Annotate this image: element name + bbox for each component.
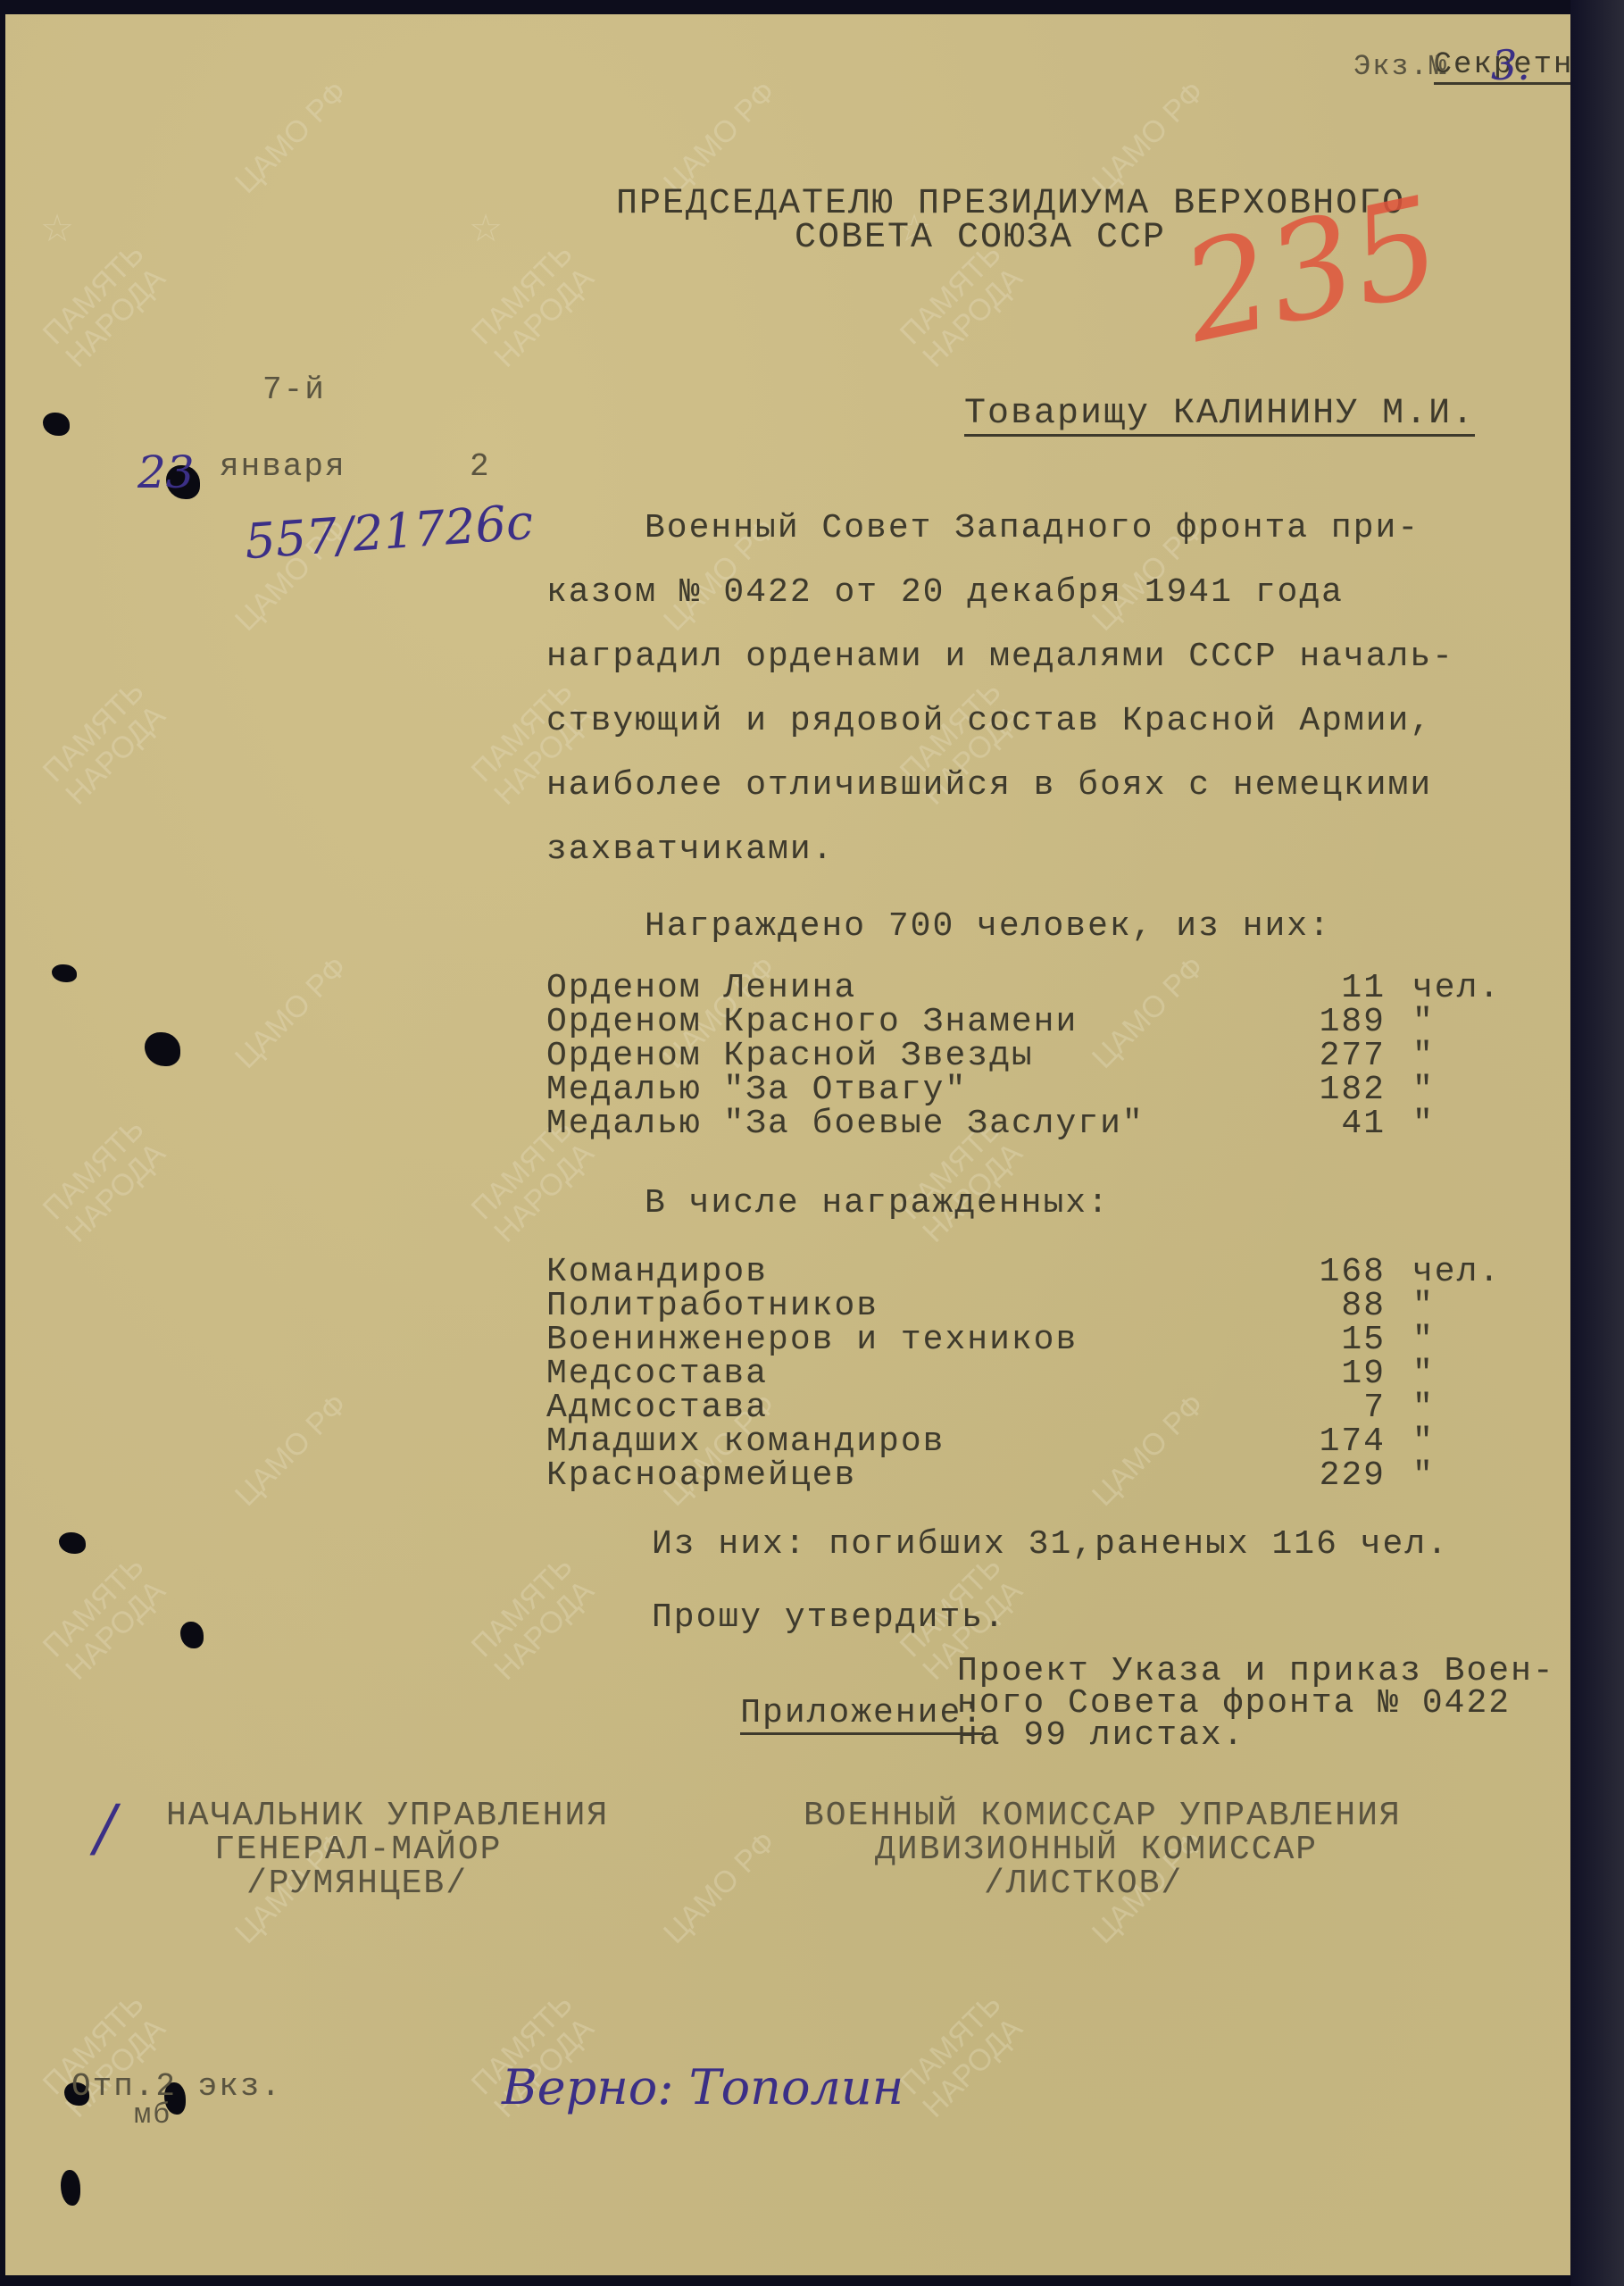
punch-hole xyxy=(43,413,70,436)
watermark-project: ПАМЯТЬНАРОДА xyxy=(37,1550,172,1686)
copies-note: Отп.2 экз. xyxy=(71,2068,282,2105)
signatory-right-rank: ДИВИЗИОННЫЙ КОМИССАР xyxy=(875,1831,1318,1869)
copy-number-handwritten: 3. xyxy=(1491,41,1530,89)
punch-hole xyxy=(61,2170,80,2206)
watermark-archive: ЦАМО РФ xyxy=(1087,76,1211,200)
watermark-star-icon: ☆ xyxy=(41,193,73,259)
categories-list: Командиров168чел. Политработников88" Вое… xyxy=(546,1256,1502,1493)
watermark-archive: ЦАМО РФ xyxy=(229,951,354,1075)
awarded-intro: Награждено 700 человек, из них: xyxy=(645,907,1331,946)
date-month: января xyxy=(220,448,346,485)
punch-hole xyxy=(180,1622,204,1648)
attachment-line: на 99 листах. xyxy=(957,1720,1555,1752)
award-row: Медалью "За Отвагу"182" xyxy=(546,1073,1502,1107)
watermark-project: ПАМЯТЬНАРОДА xyxy=(465,238,601,373)
watermark-archive: ЦАМО РФ xyxy=(658,1826,782,1950)
copy-number-label: Экз.№ xyxy=(1353,50,1448,83)
attachment-text: Проект Указа и приказ Воен- ного Совета … xyxy=(957,1656,1555,1752)
category-row: Медсостава19" xyxy=(546,1357,1502,1391)
signatory-left-name: /РУМЯНЦЕВ/ xyxy=(246,1865,468,1903)
signatory-left-rank: ГЕНЕРАЛ-МАЙОР xyxy=(214,1831,502,1869)
punch-hole xyxy=(52,964,77,982)
copies-note-line2: мб xyxy=(134,2098,171,2132)
watermark-star-icon: ☆ xyxy=(470,193,502,259)
watermark-project: ПАМЯТЬНАРОДА xyxy=(37,1113,172,1248)
award-row: Медалью "За боевые Заслуги"41" xyxy=(546,1107,1502,1141)
award-row: Орденом Красной Звезды277" xyxy=(546,1039,1502,1073)
attachment-line: ного Совета фронта № 0422 xyxy=(957,1688,1555,1720)
signatory-right-name: /ЛИСТКОВ/ xyxy=(984,1865,1183,1903)
casualties-line: Из них: погибших 31,раненых 116 чел. xyxy=(652,1525,1449,1564)
addressee: Товарищу КАЛИНИНУ М.И. xyxy=(871,354,1475,474)
body-line: захватчиками. xyxy=(546,818,1454,882)
watermark-archive: ЦАМО РФ xyxy=(229,76,354,200)
signatory-left-title: НАЧАЛЬНИК УПРАВЛЕНИЯ xyxy=(166,1797,609,1835)
addressee-org-line2: СОВЕТА СОЮЗА ССР xyxy=(795,218,1166,258)
signatory-right-title: ВОЕННЫЙ КОМИССАР УПРАВЛЕНИЯ xyxy=(804,1797,1402,1835)
approval-check-mark-icon: / xyxy=(95,1791,116,1865)
attachment-label: Приложение: xyxy=(652,1656,984,1771)
document-page: ЦАМО РФ ЦАМО РФ ЦАМО РФ ☆ ☆ ☆ ПАМЯТЬНАРО… xyxy=(5,14,1590,2275)
punch-hole xyxy=(145,1032,180,1066)
body-line: наградил орденами и медалями СССР началь… xyxy=(546,625,1454,689)
watermark-archive: ЦАМО РФ xyxy=(658,76,782,200)
body-line: Военный Совет Западного фронта при- xyxy=(645,496,1553,561)
request-line: Прошу утвердить. xyxy=(652,1598,1006,1637)
date-year: 2 xyxy=(470,448,491,485)
body-paragraph: Военный Совет Западного фронта при- казо… xyxy=(546,496,1454,882)
category-row: Командиров168чел. xyxy=(546,1256,1502,1289)
registration-number-handwritten: 557/21726с xyxy=(243,494,535,570)
award-row: Орденом Красного Знамени189" xyxy=(546,1005,1502,1039)
attachment-line: Проект Указа и приказ Воен- xyxy=(957,1656,1555,1688)
category-row: Адмсостава7" xyxy=(546,1391,1502,1425)
punch-hole xyxy=(59,1532,86,1554)
award-row: Орденом Ленина11чел. xyxy=(546,972,1502,1005)
verified-signature-handwritten: Верно: Тополин xyxy=(502,2059,904,2115)
body-line: наиболее отличившийся в боях с немецкими xyxy=(546,754,1454,818)
category-row: Красноармейцев229" xyxy=(546,1459,1502,1493)
among-awarded-intro: В числе награжденных: xyxy=(645,1184,1110,1222)
category-row: Младших командиров174" xyxy=(546,1425,1502,1459)
body-line: казом № 0422 от 20 декабря 1941 года xyxy=(546,561,1454,625)
date-day-ordinal: 7-й xyxy=(262,371,326,408)
scan-background-edge xyxy=(1570,0,1624,2286)
watermark-project: ПАМЯТЬНАРОДА xyxy=(894,1988,1029,2123)
body-line: ствующий и рядовой состав Красной Армии, xyxy=(546,689,1454,754)
awards-list: Орденом Ленина11чел. Орденом Красного Зн… xyxy=(546,972,1502,1141)
category-row: Военинженеров и техников15" xyxy=(546,1323,1502,1357)
watermark-project: ПАМЯТЬНАРОДА xyxy=(37,238,172,373)
watermark-archive: ЦАМО РФ xyxy=(229,1389,354,1513)
watermark-project: ПАМЯТЬНАРОДА xyxy=(465,1550,601,1686)
watermark-project: ПАМЯТЬНАРОДА xyxy=(37,675,172,811)
category-row: Политработников88" xyxy=(546,1289,1502,1323)
date-day-handwritten: 23 xyxy=(137,446,195,498)
